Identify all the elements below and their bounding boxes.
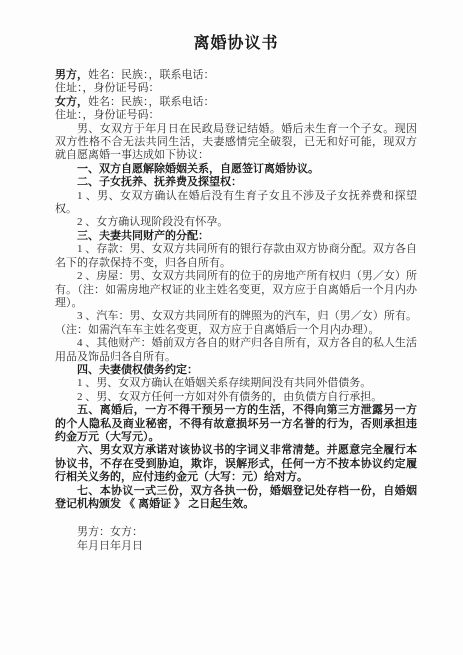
clause-3-heading: 三、夫妻共同财产的分配： (55, 230, 417, 243)
clause-1: 一、双方自愿解除婚姻关系，自愿签订离婚协议。 (55, 163, 417, 176)
document-page: 离婚协议书 男方，姓名：民族：，联系电话：住址：，身份证号码：女方，姓名：民族：… (0, 0, 463, 655)
clause-4-item-1: 1 、男、女双方确认在婚姻关系存续期间没有共同外借债务。 (55, 377, 417, 390)
clause-2-heading: 二、子女抚养、抚养费及探望权： (55, 176, 417, 189)
clause-3-item-3: 3 、汽车：男、女双方共同所有的牌照为的汽车，归（男／女）所有。（注：如需汽车车… (55, 310, 417, 337)
clause-4-item-2: 2 、男、女双方任何一方如对外有债务的，由负债方自行承担。 (55, 391, 417, 404)
clause-3-item-4: 4 、其他财产：婚前双方各自的财产归各自所有，双方各自的私人生活用品及饰品归各自… (55, 337, 417, 364)
document-title: 离婚协议书 (55, 34, 417, 54)
date-line: 年月日年月日 (55, 540, 417, 553)
clause-3-item-2: 2 、房屋：男、女双方共同所有的位于的房地产所有权归（男／女）所有。（注：如需房… (55, 270, 417, 310)
signature-line: 男方：女方： (55, 526, 417, 539)
clause-7: 七、本协议一式三份，双方各执一份，婚姻登记处存档一份，自婚姻登记机构颁发 《 离… (55, 485, 417, 512)
party-a-line: 男方，姓名：民族：，联系电话： (55, 69, 417, 82)
clause-2-item-1: 1 、男、女双方确认在婚后没有生育子女且不涉及子女抚养费和探望权。 (55, 190, 417, 217)
clause-6: 六、男女双方承诺对该协议书的字词义非常清楚。并愿意完全履行本协议书，不存在受到胁… (55, 444, 417, 484)
party-b-line: 女方，姓名：民族：，联系电话： (55, 96, 417, 109)
clause-2-item-2: 2 、女方确认现阶段没有怀孕。 (55, 216, 417, 229)
clause-4-heading: 四、夫妻债权债务约定： (55, 364, 417, 377)
party-a-address-line: 住址：，身份证号码： (55, 82, 417, 95)
party-b-line-label: 女方， (55, 96, 88, 108)
party-b-address-line: 住址：，身份证号码： (55, 109, 417, 122)
clause-5: 五、离婚后，一方不得干预另一方的生活，不得向第三方泄露另一方的个人隐私及商业秘密… (55, 404, 417, 444)
preamble: 男、女双方于年月日在民政局登记结婚。婚后未生育一个子女。现因双方性格不合无法共同… (55, 123, 417, 163)
document-body: 男方，姓名：民族：，联系电话：住址：，身份证号码：女方，姓名：民族：，联系电话：… (55, 69, 417, 553)
clause-3-item-1: 1 、存款：男、女双方共同所有的银行存款由双方协商分配。双方各自名下的存款保持不… (55, 243, 417, 270)
party-a-line-label: 男方， (55, 69, 88, 81)
